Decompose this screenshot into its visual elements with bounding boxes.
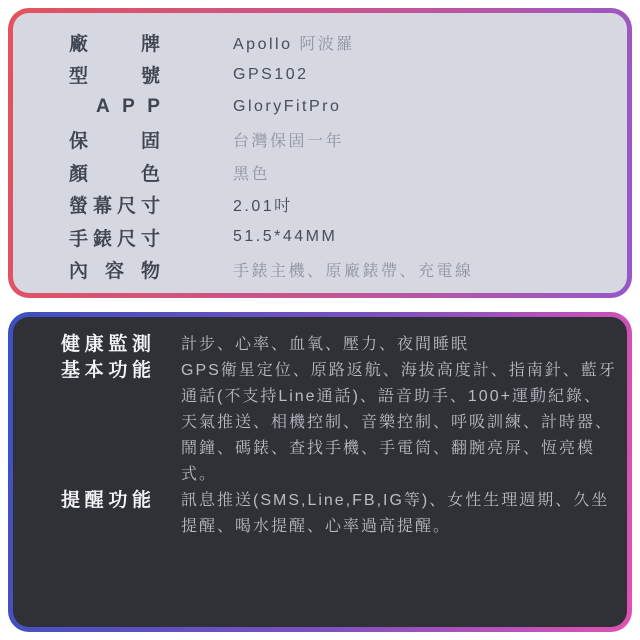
spec-value-color: 黑色 [233,161,270,184]
spec-value-screen-size: 2.01吋 [233,193,293,216]
features-card-frame: 健康監測 計步、心率、血氧、壓力、夜間睡眠 基本功能 GPS衛星定位、原路返航、… [8,312,632,632]
spec-label-model: 型號 [69,61,160,88]
feature-row-health: 健康監測 計步、心率、血氧、壓力、夜間睡眠 [61,332,619,358]
spec-value-app-text: GloryFitPro [233,98,341,115]
feature-value-reminder-functions: 訊息推送(SMS,Line,FB,IG等)、女性生理週期、久坐提醒、喝水提醒、心… [181,488,619,540]
spec-value-brand-en: Apollo [233,36,292,53]
spec-value-warranty-text: 台灣保固一年 [233,133,344,150]
spec-label-color: 顏色 [69,159,160,186]
features-card: 健康監測 計步、心率、血氧、壓力、夜間睡眠 基本功能 GPS衛星定位、原路返航、… [13,317,627,627]
feature-label-basic-functions: 基本功能 [61,358,151,384]
spec-label-screen-size: 螢幕尺寸 [69,191,160,218]
spec-value-watch-size: 51.5*44MM [233,228,337,246]
spec-value-contents-text: 手錶主機、原廠錶帶、充電線 [233,263,474,280]
spec-row-brand: 廠牌 Apollo 阿波羅 [69,26,617,59]
spec-value-model-text: GPS102 [233,66,308,83]
spec-value-watch-size-text: 51.5*44MM [233,228,337,245]
spec-value-contents: 手錶主機、原廠錶帶、充電線 [233,258,474,281]
spec-label-brand: 廠牌 [69,29,160,56]
feature-row-basic: 基本功能 GPS衛星定位、原路返航、海拔高度計、指南針、藍牙通話(不支持Line… [61,358,619,488]
spec-value-color-text: 黑色 [233,166,270,183]
spec-row-warranty: 保固 台灣保固一年 [69,124,617,157]
feature-label-health-monitor: 健康監測 [61,332,151,358]
spec-value-brand-zh: 阿波羅 [292,36,354,53]
spec-label-warranty: 保固 [69,126,160,153]
spec-row-color: 顏色 黑色 [69,156,617,189]
feature-row-reminder: 提醒功能 訊息推送(SMS,Line,FB,IG等)、女性生理週期、久坐提醒、喝… [61,488,619,540]
spec-value-model: GPS102 [233,66,308,84]
spec-value-app: GloryFitPro [233,98,341,116]
spec-value-brand: Apollo 阿波羅 [233,31,355,54]
feature-value-health-monitor: 計步、心率、血氧、壓力、夜間睡眠 [181,332,619,358]
spec-value-warranty: 台灣保固一年 [233,128,344,151]
spec-row-app: APP GloryFitPro [69,91,617,124]
spec-label-contents: 內容物 [69,256,160,283]
spec-card-frame: 廠牌 Apollo 阿波羅 型號 GPS102 APP GloryFitPro … [8,8,632,298]
spec-card: 廠牌 Apollo 阿波羅 型號 GPS102 APP GloryFitPro … [13,13,627,293]
spec-label-app: APP [96,96,160,118]
spec-value-screen-size-text: 2.01吋 [233,198,293,215]
spec-row-screen-size: 螢幕尺寸 2.01吋 [69,189,617,222]
spec-row-model: 型號 GPS102 [69,59,617,92]
feature-label-reminder-functions: 提醒功能 [61,488,151,514]
feature-value-basic-functions: GPS衛星定位、原路返航、海拔高度計、指南針、藍牙通話(不支持Line通話)、語… [181,358,619,488]
spec-label-watch-size: 手錶尺寸 [69,224,160,251]
spec-row-contents: 內容物 手錶主機、原廠錶帶、充電線 [69,254,617,287]
spec-row-watch-size: 手錶尺寸 51.5*44MM [69,221,617,254]
